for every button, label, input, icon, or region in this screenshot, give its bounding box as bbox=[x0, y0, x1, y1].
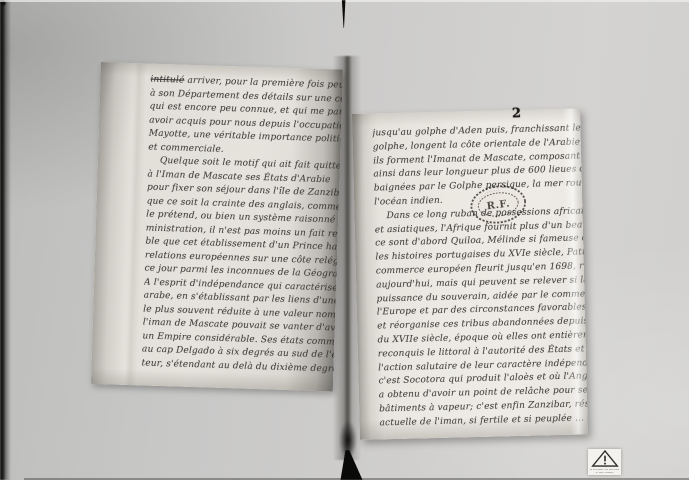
warning-triangle-icon bbox=[589, 449, 621, 468]
manuscript-page-left: intitulé arriver, pour la première fois … bbox=[91, 62, 343, 391]
scan-border-left bbox=[0, 0, 11, 480]
rf-oval-stamp-icon: ·········· ·········· R.F. bbox=[467, 180, 530, 229]
spine-crease-bottom bbox=[340, 450, 363, 480]
struck-word: intitulé bbox=[150, 75, 184, 86]
document-scan: intitulé arriver, pour la première fois … bbox=[0, 0, 689, 480]
caution-watermark-label: ·· ········· ··· ········· ·· ···· ·····… bbox=[588, 449, 621, 475]
scan-corner-shadow bbox=[0, 0, 16, 16]
left-page-text: intitulé arriver, pour la première fois … bbox=[91, 62, 343, 391]
caution-caption-line2: ·· ···· ········ bbox=[590, 471, 620, 474]
stamp-svg: ·········· ·········· R.F. bbox=[467, 180, 530, 229]
right-page-text: jusqu'au golphe d'Aden puis, franchissan… bbox=[352, 108, 588, 439]
page-number-stamp: 2 bbox=[512, 106, 533, 125]
manuscript-page-right: jusqu'au golphe d'Aden puis, franchissan… bbox=[352, 108, 588, 439]
spine-crease-top bbox=[338, 0, 350, 28]
